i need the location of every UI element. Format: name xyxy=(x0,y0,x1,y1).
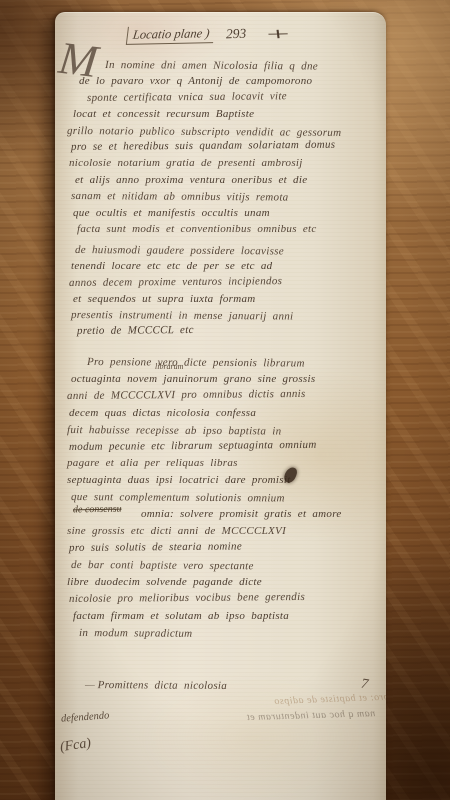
text-line: factam firmam et solutam ab ipso baptist… xyxy=(73,608,381,625)
text-line: In nomine dni amen Nicolosia filia q dne xyxy=(105,57,381,75)
text-line: anni de MCCCCLXVI pro omnibus dictis ann… xyxy=(67,385,381,405)
paragraph-opening-clause: In nomine dni amen Nicolosia filia q dne… xyxy=(67,57,381,237)
manuscript-paper: Locatio plane 293 + M In nomine dni amen… xyxy=(55,12,386,800)
text-line: sponte certificata vnica sua locavit vit… xyxy=(87,87,381,106)
manuscript-photo: Locatio plane 293 + M In nomine dni amen… xyxy=(0,0,450,800)
paragraph-pension-clause: Pro pensione vero dicte pensionis librar… xyxy=(67,354,381,641)
text-line: et sequendos ut supra iuxta formam xyxy=(73,291,379,307)
interline-insertion: librarum xyxy=(155,362,183,371)
text-line: sanam et nitidam ab omnibus vitijs remot… xyxy=(71,188,381,207)
text-line: pro suis solutis de stearia nomine xyxy=(69,537,381,557)
text-line: in modum supradictum xyxy=(79,625,381,644)
page-number: 293 xyxy=(226,26,247,43)
text-line: pretio de MCCCCL etc xyxy=(77,321,379,340)
text-line: et alijs anno proxima ventura oneribus e… xyxy=(75,172,381,188)
text-line: septuaginta duas ipsi locatrici dare pro… xyxy=(67,472,381,489)
text-line: pagare et alia per reliquas libras xyxy=(67,455,381,472)
text-line: omnia: solvere promisit gratis et amore xyxy=(141,506,381,523)
text-line: pro se et heredibus suis quandam solaria… xyxy=(71,136,381,155)
notary-paraph: Fca xyxy=(59,736,92,756)
text-line: de bar conti baptiste vero spectante xyxy=(71,557,381,576)
bleedthrough-text: pro: et baptiste de adipso nam q hoc aut… xyxy=(113,690,386,730)
text-line: nicolosie pro melioribus vocibus bene ge… xyxy=(69,588,381,608)
cross-mark: + xyxy=(265,24,291,46)
text-line: locat et concessit recursum Baptiste xyxy=(73,106,381,122)
text-line: annos decem proxime venturos incipiendos xyxy=(69,272,379,291)
text-line: nicolosie notarium gratia de presenti am… xyxy=(69,155,381,171)
margin-note: defendendo xyxy=(61,710,110,724)
header-cartouche-title: Locatio plane xyxy=(126,25,216,45)
document-header: Locatio plane 293 + xyxy=(127,26,283,45)
text-line: de huiusmodi gaudere possidere locavisse xyxy=(75,242,379,260)
paragraph-tenure-clause: de huiusmodi gaudere possidere locavisse… xyxy=(69,242,379,340)
text-line: decem quas dictas nicolosia confessa xyxy=(69,405,381,422)
text-line: Pro pensione vero dicte pensionis librar… xyxy=(87,354,381,373)
text-line: facta sunt modis et conventionibus omnib… xyxy=(77,221,381,237)
text-line: modum pecunie etc librarum septuaginta o… xyxy=(69,436,381,456)
struck-through-word: de consensu xyxy=(73,504,122,516)
text-line: que ocultis et manifestis occultis unam xyxy=(73,205,381,221)
